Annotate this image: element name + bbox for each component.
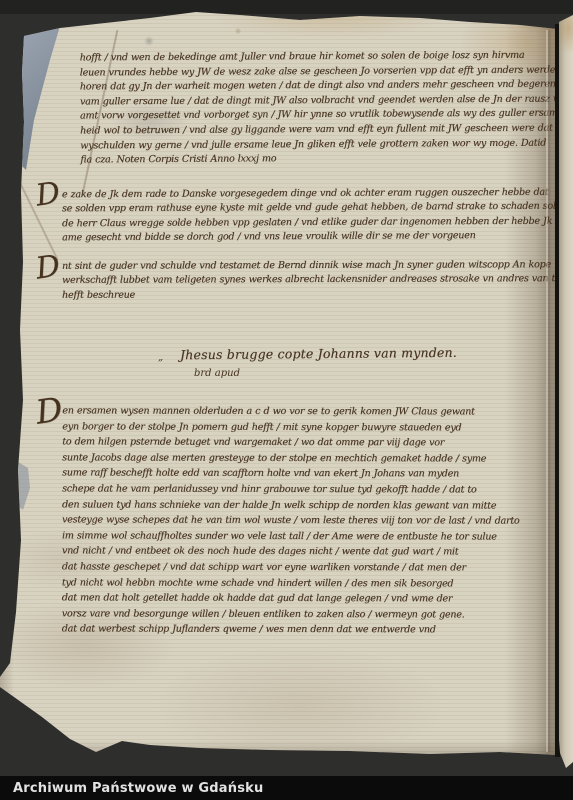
section-heading-subtitle: brd apud	[194, 368, 240, 379]
manuscript-line: en ersamen wysen mannen olderluden a c d…	[62, 403, 550, 420]
manuscript-line: vnd nicht / vnd entbeet ok des noch hude…	[62, 544, 550, 561]
manuscript-line: de herr Claus wregge solde hebben vpp ge…	[62, 214, 550, 231]
note-paragraph-1: e zake de Jk dem rade to Danske vorgeseg…	[62, 186, 550, 246]
manuscript-line: dat men dat holt getellet hadde ok hadde…	[62, 590, 550, 607]
note-paragraph-2: nt sint de guder vnd schulde vnd testame…	[62, 258, 550, 303]
paragraph-initial: D	[34, 394, 64, 427]
section-heading-title: Jhesus brugge copte Johanns van mynden.	[180, 345, 457, 362]
manuscript-line: vorsz vare vnd besorgunge willen / bleue…	[62, 606, 550, 623]
manuscript-line: fia cza. Noten Corpis Cristi Anno lxxxj …	[80, 151, 552, 168]
manuscript-line: den suluen tyd hans schnieke van der hal…	[62, 497, 550, 514]
paragraph-initial: D	[34, 251, 62, 284]
manuscript-line: hefft beschreue	[62, 287, 550, 303]
manuscript-line: im simme wol schauffholtes sunder wo vel…	[62, 528, 550, 545]
manuscript-line: sunte Jacobs dage alse merten gresteyge …	[62, 450, 550, 467]
adjacent-page-edge	[559, 0, 573, 800]
manuscript-line: dat dat werbest schipp Juflanders qweme …	[62, 622, 550, 639]
watermark-bar: Archiwum Państwowe w Gdańsku	[0, 776, 573, 800]
manuscript-line: to dem hilgen psternde betuget vnd warge…	[62, 435, 550, 452]
manuscript-line: schepe dat he vam perlanidussey vnd hinr…	[62, 481, 550, 498]
paragraph-initial: D	[34, 178, 62, 211]
manuscript-line: werkschafft lubbet vam teligeten synes w…	[62, 272, 550, 288]
manuscript-line: dat hasste geschepet / vnd dat schipp wa…	[62, 559, 550, 576]
photo-top-shadow	[0, 0, 573, 14]
page-fold-highlight	[546, 30, 548, 752]
manuscript-line: wyschulden wy gerne / vnd julle ersame l…	[80, 136, 552, 153]
manuscript-line: tyd nicht wol hebbn mochte wme schade vn…	[62, 575, 550, 592]
main-body-paragraph: en ersamen wysen mannen olderluden a c d…	[62, 403, 551, 638]
watermark-label: Archiwum Państwowe w Gdańsku	[0, 781, 263, 796]
manuscript-page: hofft / vnd wen de bekedinge amt Juller …	[0, 0, 557, 760]
manuscript-line: eyn borger to der stolpe Jn pomern gud h…	[62, 419, 550, 436]
letter-closing-paragraph: hofft / vnd wen de bekedinge amt Juller …	[80, 49, 553, 169]
heading-mark: „	[158, 352, 163, 363]
manuscript-line: ame gesecht vnd bidde se dorch god / vnd…	[62, 229, 550, 246]
torn-corner-backing	[22, 26, 67, 176]
manuscript-line: sume raff beschefft holte edd van scafft…	[62, 466, 550, 483]
manuscript-line: vesteyge wyse schepes dat he van tim wol…	[62, 513, 550, 530]
torn-edge-backing	[18, 462, 32, 510]
